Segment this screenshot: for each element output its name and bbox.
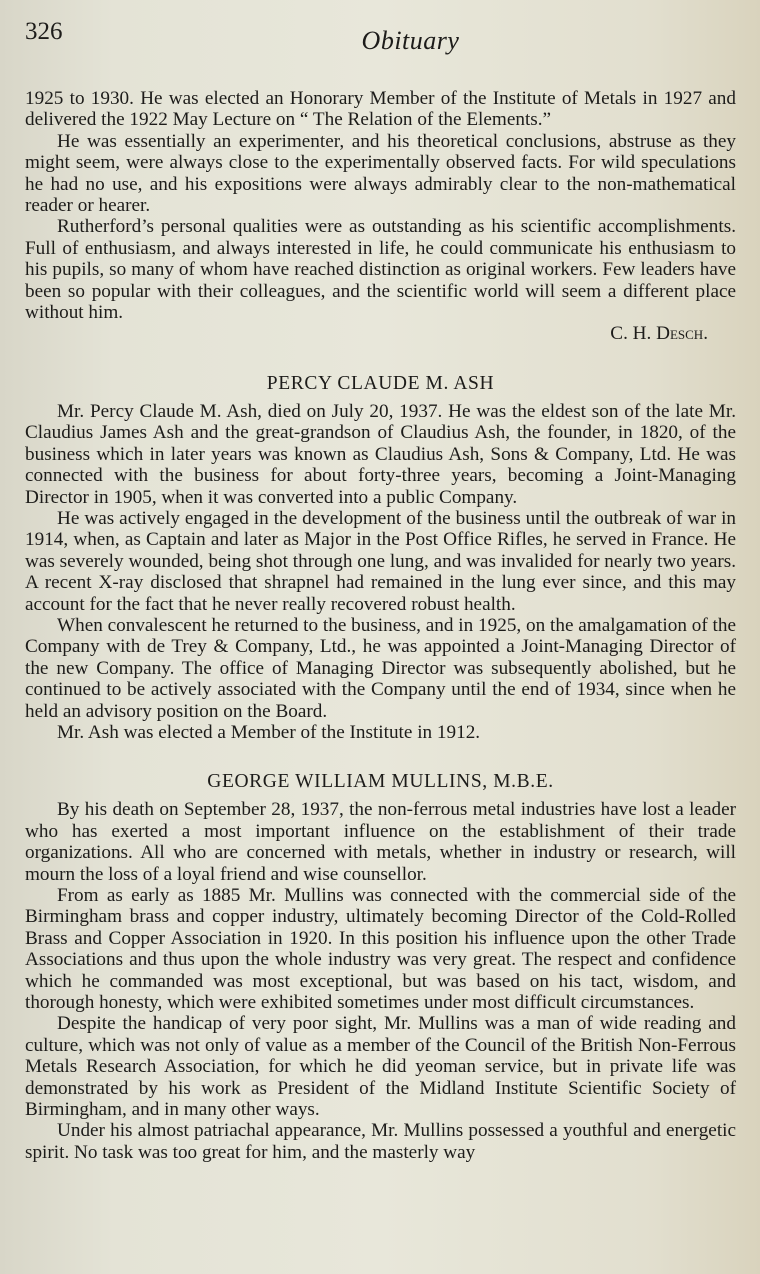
running-title: Obituary xyxy=(25,26,736,56)
paragraph: He was actively engaged in the developme… xyxy=(25,508,736,615)
continued-obituary: 1925 to 1930. He was elected an Honorary… xyxy=(25,88,736,345)
running-head: 326 Obituary xyxy=(25,14,736,60)
paragraph: Mr. Ash was elected a Member of the Inst… xyxy=(25,722,736,743)
paragraph: He was essentially an experimenter, and … xyxy=(25,131,736,217)
paragraph: Under his almost patriachal appearance, … xyxy=(25,1120,736,1163)
book-page: 326 Obituary 1925 to 1930. He was electe… xyxy=(0,0,760,1163)
obituary-mullins: GEORGE WILLIAM MULLINS, M.B.E. By his de… xyxy=(25,771,736,1163)
obituary-heading: GEORGE WILLIAM MULLINS, M.B.E. xyxy=(25,771,736,793)
paragraph: Rutherford’s personal qualities were as … xyxy=(25,216,736,323)
paragraph: 1925 to 1930. He was elected an Honorary… xyxy=(25,88,736,131)
paragraph: When convalescent he returned to the bus… xyxy=(25,615,736,722)
obituary-ash: PERCY CLAUDE M. ASH Mr. Percy Claude M. … xyxy=(25,373,736,744)
obituary-heading: PERCY CLAUDE M. ASH xyxy=(25,373,736,395)
paragraph: By his death on September 28, 1937, the … xyxy=(25,799,736,885)
paragraph: Mr. Percy Claude M. Ash, died on July 20… xyxy=(25,401,736,508)
page-body: 1925 to 1930. He was elected an Honorary… xyxy=(25,88,736,1163)
author-signature: C. H. Desch. xyxy=(25,323,736,344)
paragraph: From as early as 1885 Mr. Mullins was co… xyxy=(25,885,736,1013)
paragraph: Despite the handicap of very poor sight,… xyxy=(25,1013,736,1120)
